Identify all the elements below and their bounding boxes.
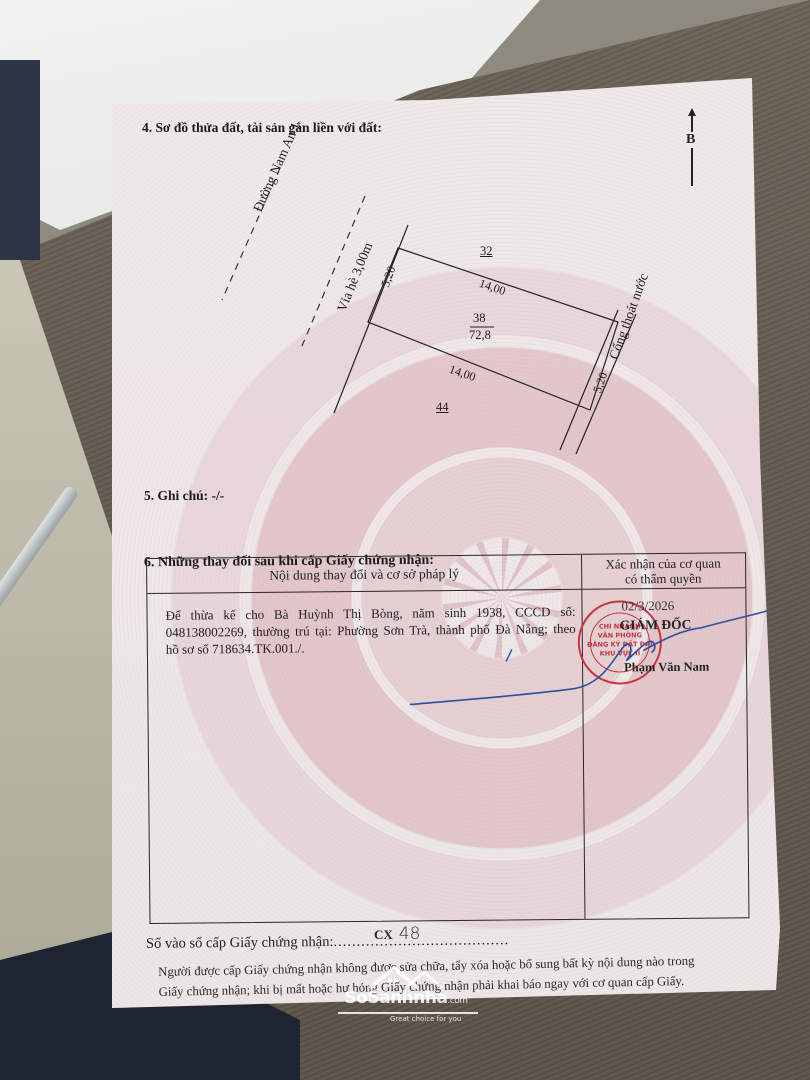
watermark-domain: .com: [447, 996, 467, 1006]
registry-number-value: CX48: [374, 924, 420, 944]
registry-number: 48: [399, 924, 421, 944]
house-logo-icon: [366, 960, 446, 990]
background-dark-object: [0, 60, 40, 260]
signer-name: Phạm Văn Nam: [624, 660, 709, 676]
watermark-brand-name: SoSanhnha: [344, 988, 447, 1008]
registry-dots: ......................................: [333, 932, 509, 950]
table-header-confirmation-line1: Xác nhận của cơ quan: [581, 555, 745, 572]
neighbor-parcel-south: 44: [436, 400, 449, 415]
parcel-area: 72,8: [469, 328, 491, 343]
land-certificate-page: 4. Sơ đồ thửa đất, tài sản gắn liền với …: [112, 78, 780, 1010]
registry-series: CX: [374, 927, 393, 942]
registry-label-text: Số vào sổ cấp Giấy chứng nhận:: [146, 934, 334, 952]
table-header-content: Nội dung thay đổi và cơ sở pháp lý: [147, 565, 581, 585]
table-header-confirmation: Xác nhận của cơ quan có thẩm quyền: [581, 555, 745, 587]
changes-table: Nội dung thay đổi và cơ sở pháp lý Xác n…: [146, 552, 749, 924]
table-header-confirmation-line2: có thẩm quyền: [581, 570, 745, 587]
table-row-confirmation: CHI NHÁNH VĂN PHÒNG ĐĂNG KÝ ĐẤT ĐAI KHU …: [581, 589, 746, 711]
sosanhnha-watermark: SoSanhnha.com Great choice for you: [326, 960, 486, 1030]
watermark-tagline: Great choice for you: [390, 1015, 461, 1023]
watermark-brand: SoSanhnha.com: [326, 988, 486, 1008]
section-5-heading: 5. Ghi chú: -/-: [144, 488, 224, 504]
parcel-number: 38: [473, 311, 486, 326]
watermark-underline: [338, 1012, 478, 1014]
handwritten-signature: [401, 589, 782, 713]
neighbor-parcel-north: 32: [480, 244, 493, 259]
